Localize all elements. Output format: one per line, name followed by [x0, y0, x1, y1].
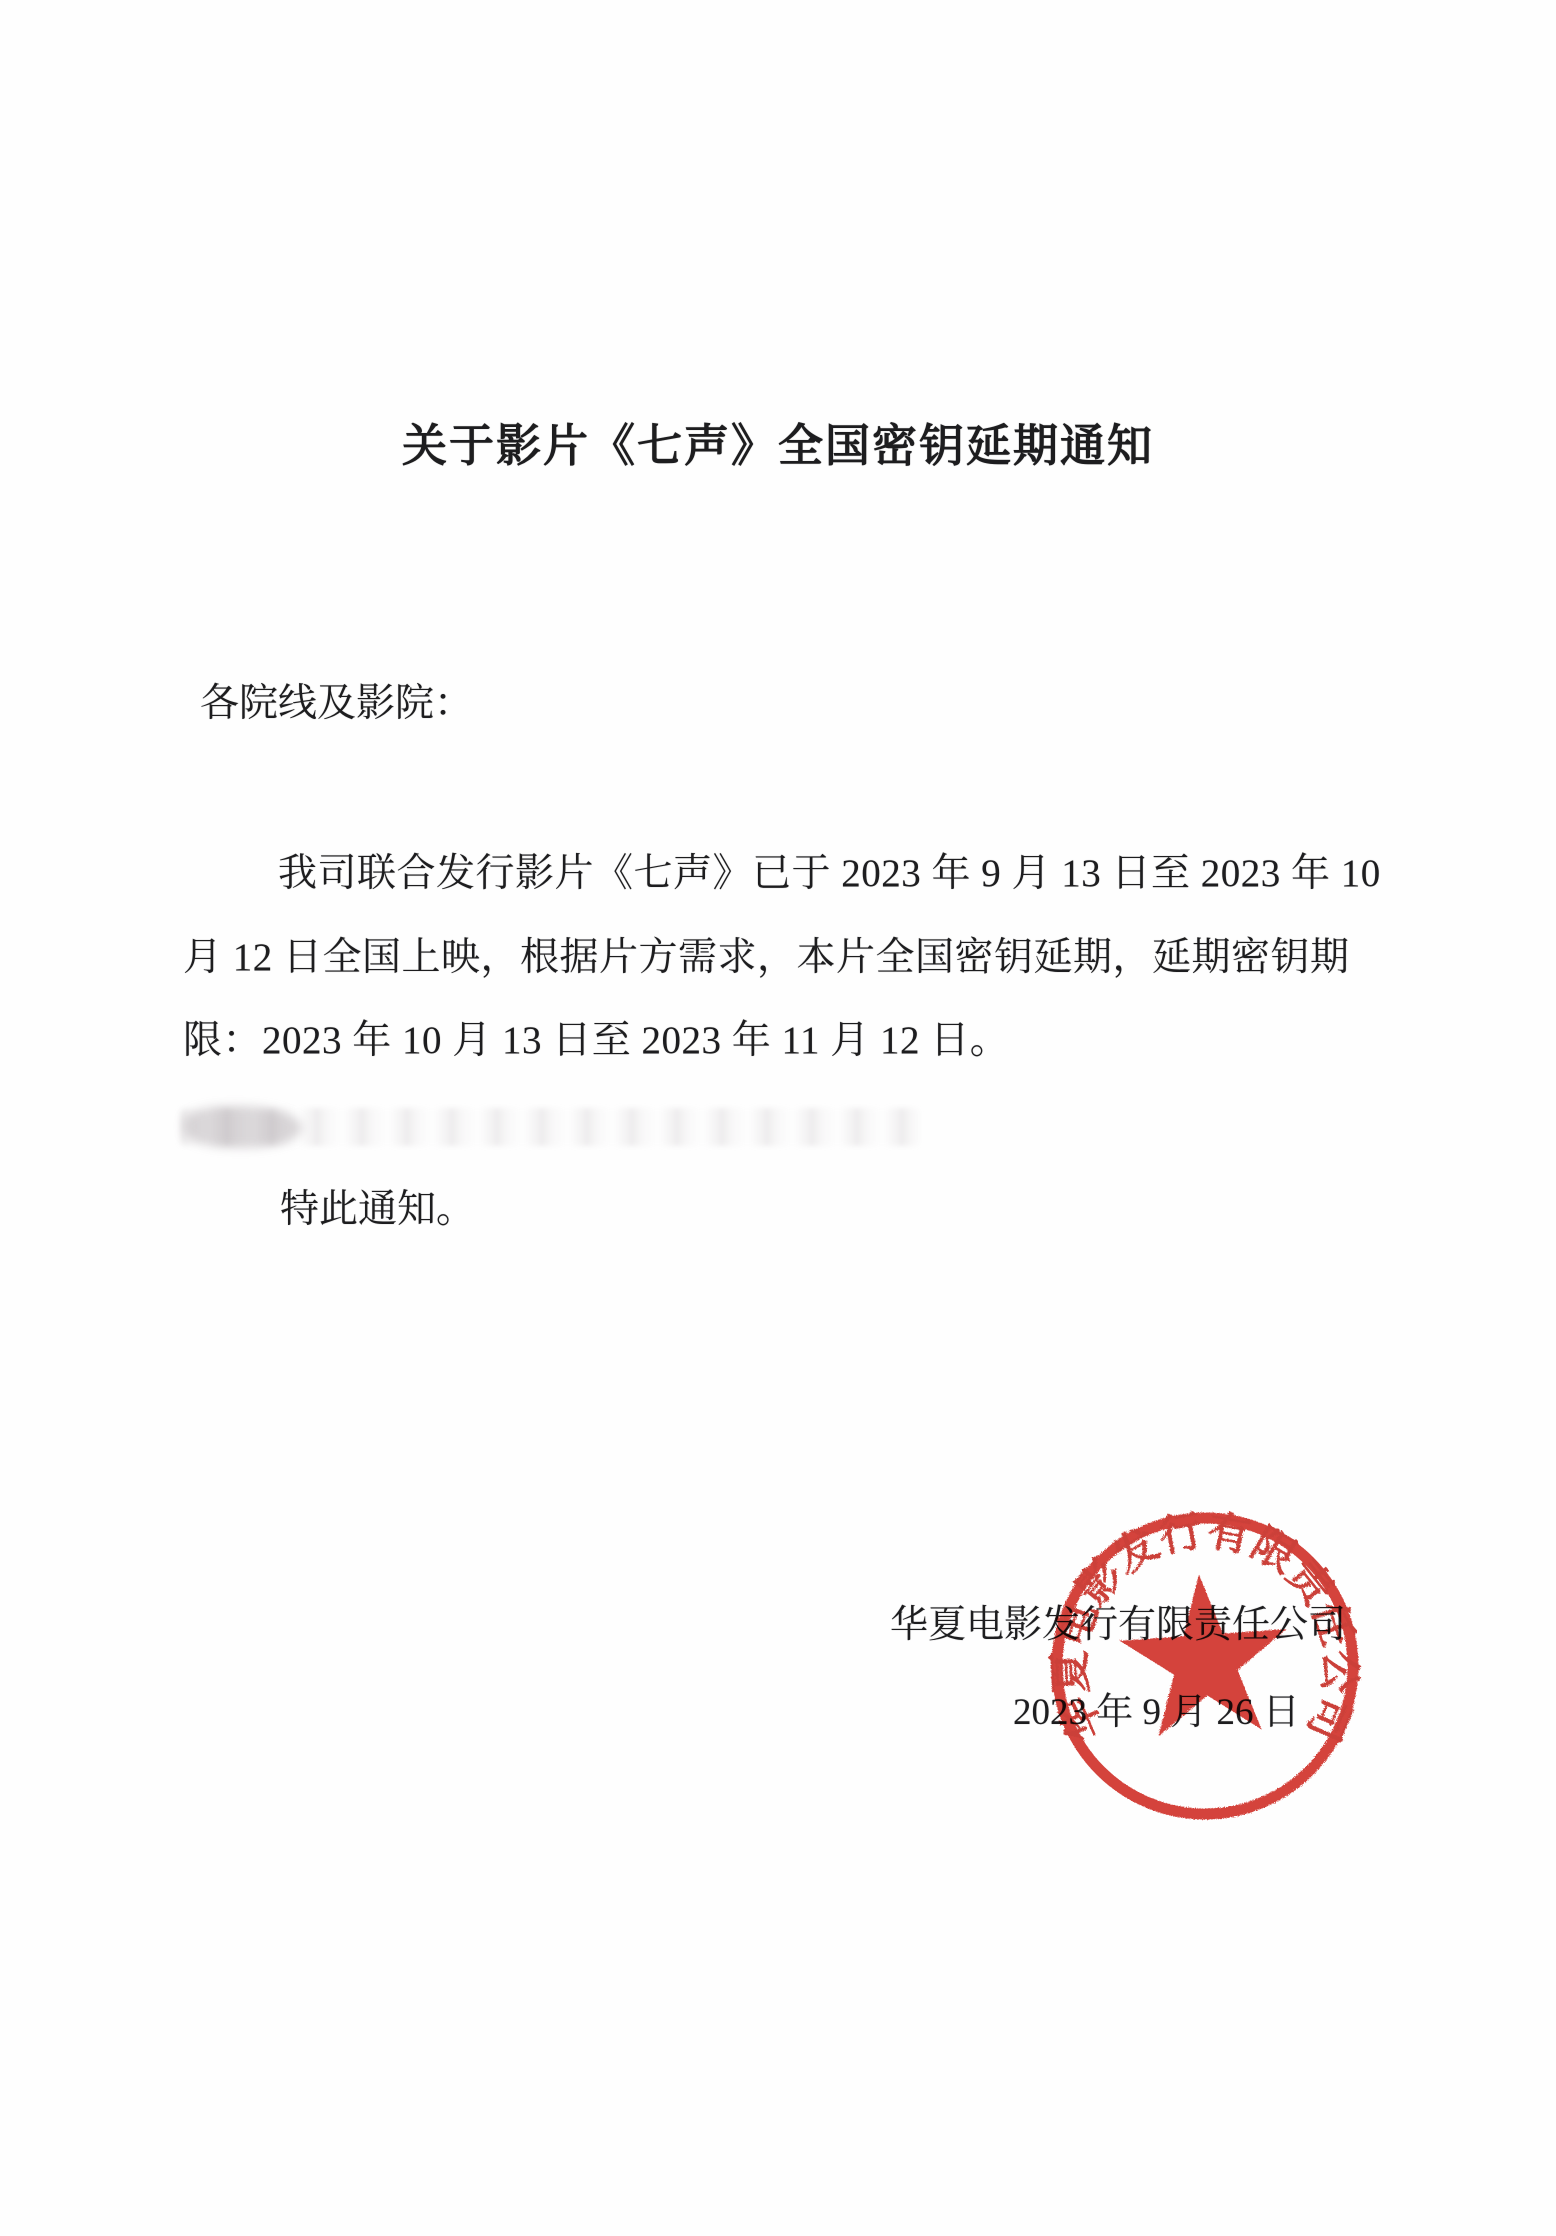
body-line: 月 12 日全国上映，根据片方需求，本片全国密钥延期，延期密钥期 [183, 936, 1363, 981]
star-icon [1115, 1568, 1293, 1738]
bleed-through-smudge [184, 1106, 302, 1148]
notice-document-page: 关于影片《七声》全国密钥延期通知 各院线及影院： 我司联合发行影片《七声》已于 … [0, 0, 1556, 2236]
closing-text: 特此通知。 [280, 1188, 475, 1233]
company-seal-stamp: 华夏电影发行有限责任公司 [1031, 1492, 1379, 1840]
salutation: 各院线及影院： [200, 682, 473, 727]
body-line: 我司联合发行影片《七声》已于 2023 年 9 月 13 日至 2023 年 1… [183, 852, 1363, 897]
body-line: 限：2023 年 10 月 13 日至 2023 年 11 月 12 日。 [183, 1019, 1363, 1064]
notice-title: 关于影片《七声》全国密钥延期通知 [0, 420, 1556, 472]
